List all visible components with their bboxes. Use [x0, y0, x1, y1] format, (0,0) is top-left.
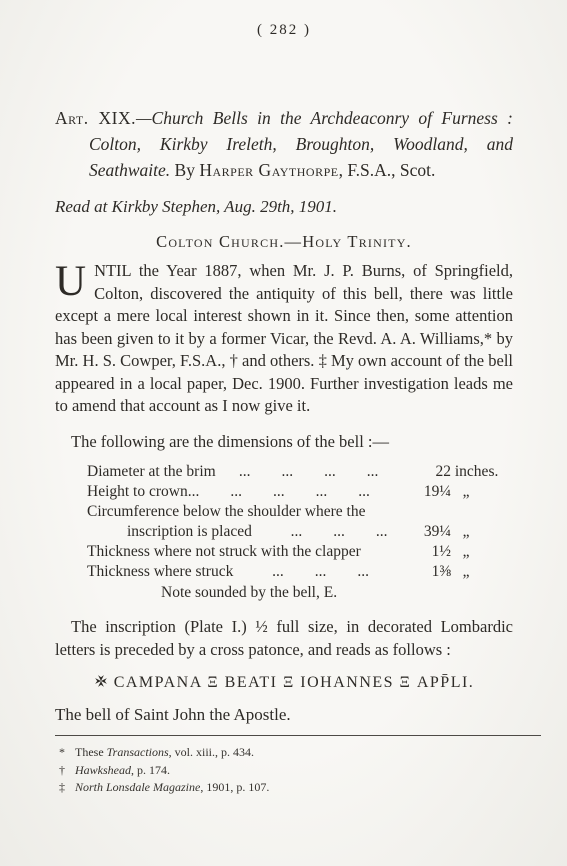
dimension-row: Thickness where not struck with the clap… [87, 542, 513, 562]
drop-cap: U [55, 260, 94, 300]
footnote-italic: North Lonsdale Magazine [75, 780, 200, 794]
footnote-suffix: , p. 174. [131, 763, 170, 777]
article-number: Art. XIX. [55, 108, 136, 128]
dimensions-intro: The following are the dimensions of the … [55, 431, 513, 454]
footnotes: * These Transactions, vol. xiii., p. 434… [55, 744, 513, 797]
footnote-marker: * [59, 744, 75, 762]
footnote-text: Hawkshead, p. 174. [75, 762, 170, 780]
byline-prefix: By [170, 160, 199, 180]
dimension-row: Height to crown... ... ... ... ... 19¼ „ [87, 482, 513, 502]
first-paragraph: UNTIL the Year 1887, when Mr. J. P. Burn… [55, 260, 513, 418]
dimension-label: Thickness where not struck with the clap… [87, 542, 413, 562]
cross-patonce-icon [94, 674, 108, 688]
dimension-unit: „ [451, 562, 513, 582]
page-number: ( 282 ) [55, 22, 513, 39]
footnote-marker: † [59, 762, 75, 780]
dimensions-table: Diameter at the brim ... ... ... ... 22 … [55, 462, 513, 603]
dimension-label-line1: Circumference below the shoulder where t… [87, 502, 513, 522]
footnote-text: These Transactions, vol. xiii., p. 434. [75, 744, 254, 762]
inscription-paragraph: The inscription (Plate I.) ½ full size, … [55, 616, 513, 661]
dimension-note: Note sounded by the bell, E. [87, 583, 513, 603]
footnote-prefix: These [75, 745, 107, 759]
inscription-text: CAMPANA Ξ BEATI Ξ IOHANNES Ξ APP̄LI. [114, 674, 475, 691]
dimension-row: Thickness where struck ... ... ... 1⅜ „ [87, 562, 513, 582]
translation-line: The bell of Saint John the Apostle. [55, 705, 513, 725]
dimension-label: Thickness where struck ... ... ... [87, 562, 413, 582]
dimension-unit: inches. [451, 462, 513, 482]
scanned-book-page: ( 282 ) Art. XIX.—Church Bells in the Ar… [0, 0, 567, 866]
footnote: ‡ North Lonsdale Magazine, 1901, p. 107. [55, 779, 513, 797]
footnote-suffix: , 1901, p. 107. [200, 780, 269, 794]
dimension-label-line2: inscription is placed ... ... ... [87, 522, 413, 542]
dimension-value: 19¼ [413, 482, 451, 502]
read-at-line: Read at Kirkby Stephen, Aug. 29th, 1901. [55, 195, 513, 219]
dimension-row: Circumference below the shoulder where t… [87, 502, 513, 542]
dimension-value: 39¼ [413, 522, 451, 542]
footnote-italic: Transactions [107, 745, 169, 759]
author-name: Harper Gaythorpe [199, 160, 338, 180]
footnote-suffix: , vol. xiii., p. 434. [169, 745, 254, 759]
dimension-unit: „ [451, 542, 513, 562]
inscription-line: CAMPANA Ξ BEATI Ξ IOHANNES Ξ APP̄LI. [55, 674, 513, 692]
first-paragraph-text: NTIL the Year 1887, when Mr. J. P. Burns… [55, 261, 513, 415]
dimension-value: 1½ [413, 542, 451, 562]
footnote-marker: ‡ [59, 779, 75, 797]
footnote: * These Transactions, vol. xiii., p. 434… [55, 744, 513, 762]
dimension-label: Diameter at the brim ... ... ... ... [87, 462, 413, 482]
section-heading: Colton Church.—Holy Trinity. [55, 231, 513, 253]
footnote: † Hawkshead, p. 174. [55, 762, 513, 780]
dimension-label: Height to crown... ... ... ... ... [87, 482, 413, 502]
footnote-text: North Lonsdale Magazine, 1901, p. 107. [75, 779, 269, 797]
article-title: Art. XIX.—Church Bells in the Archdeacon… [55, 105, 513, 183]
dimension-unit: „ [451, 482, 513, 502]
dimension-value: 1⅜ [413, 562, 451, 582]
footnote-rule [55, 735, 541, 736]
dimension-value: 22 [413, 462, 451, 482]
author-credentials: , F.S.A., Scot. [339, 160, 436, 180]
dimension-row: Diameter at the brim ... ... ... ... 22 … [87, 462, 513, 482]
dimension-unit: „ [451, 522, 513, 542]
footnote-italic: Hawkshead [75, 763, 131, 777]
